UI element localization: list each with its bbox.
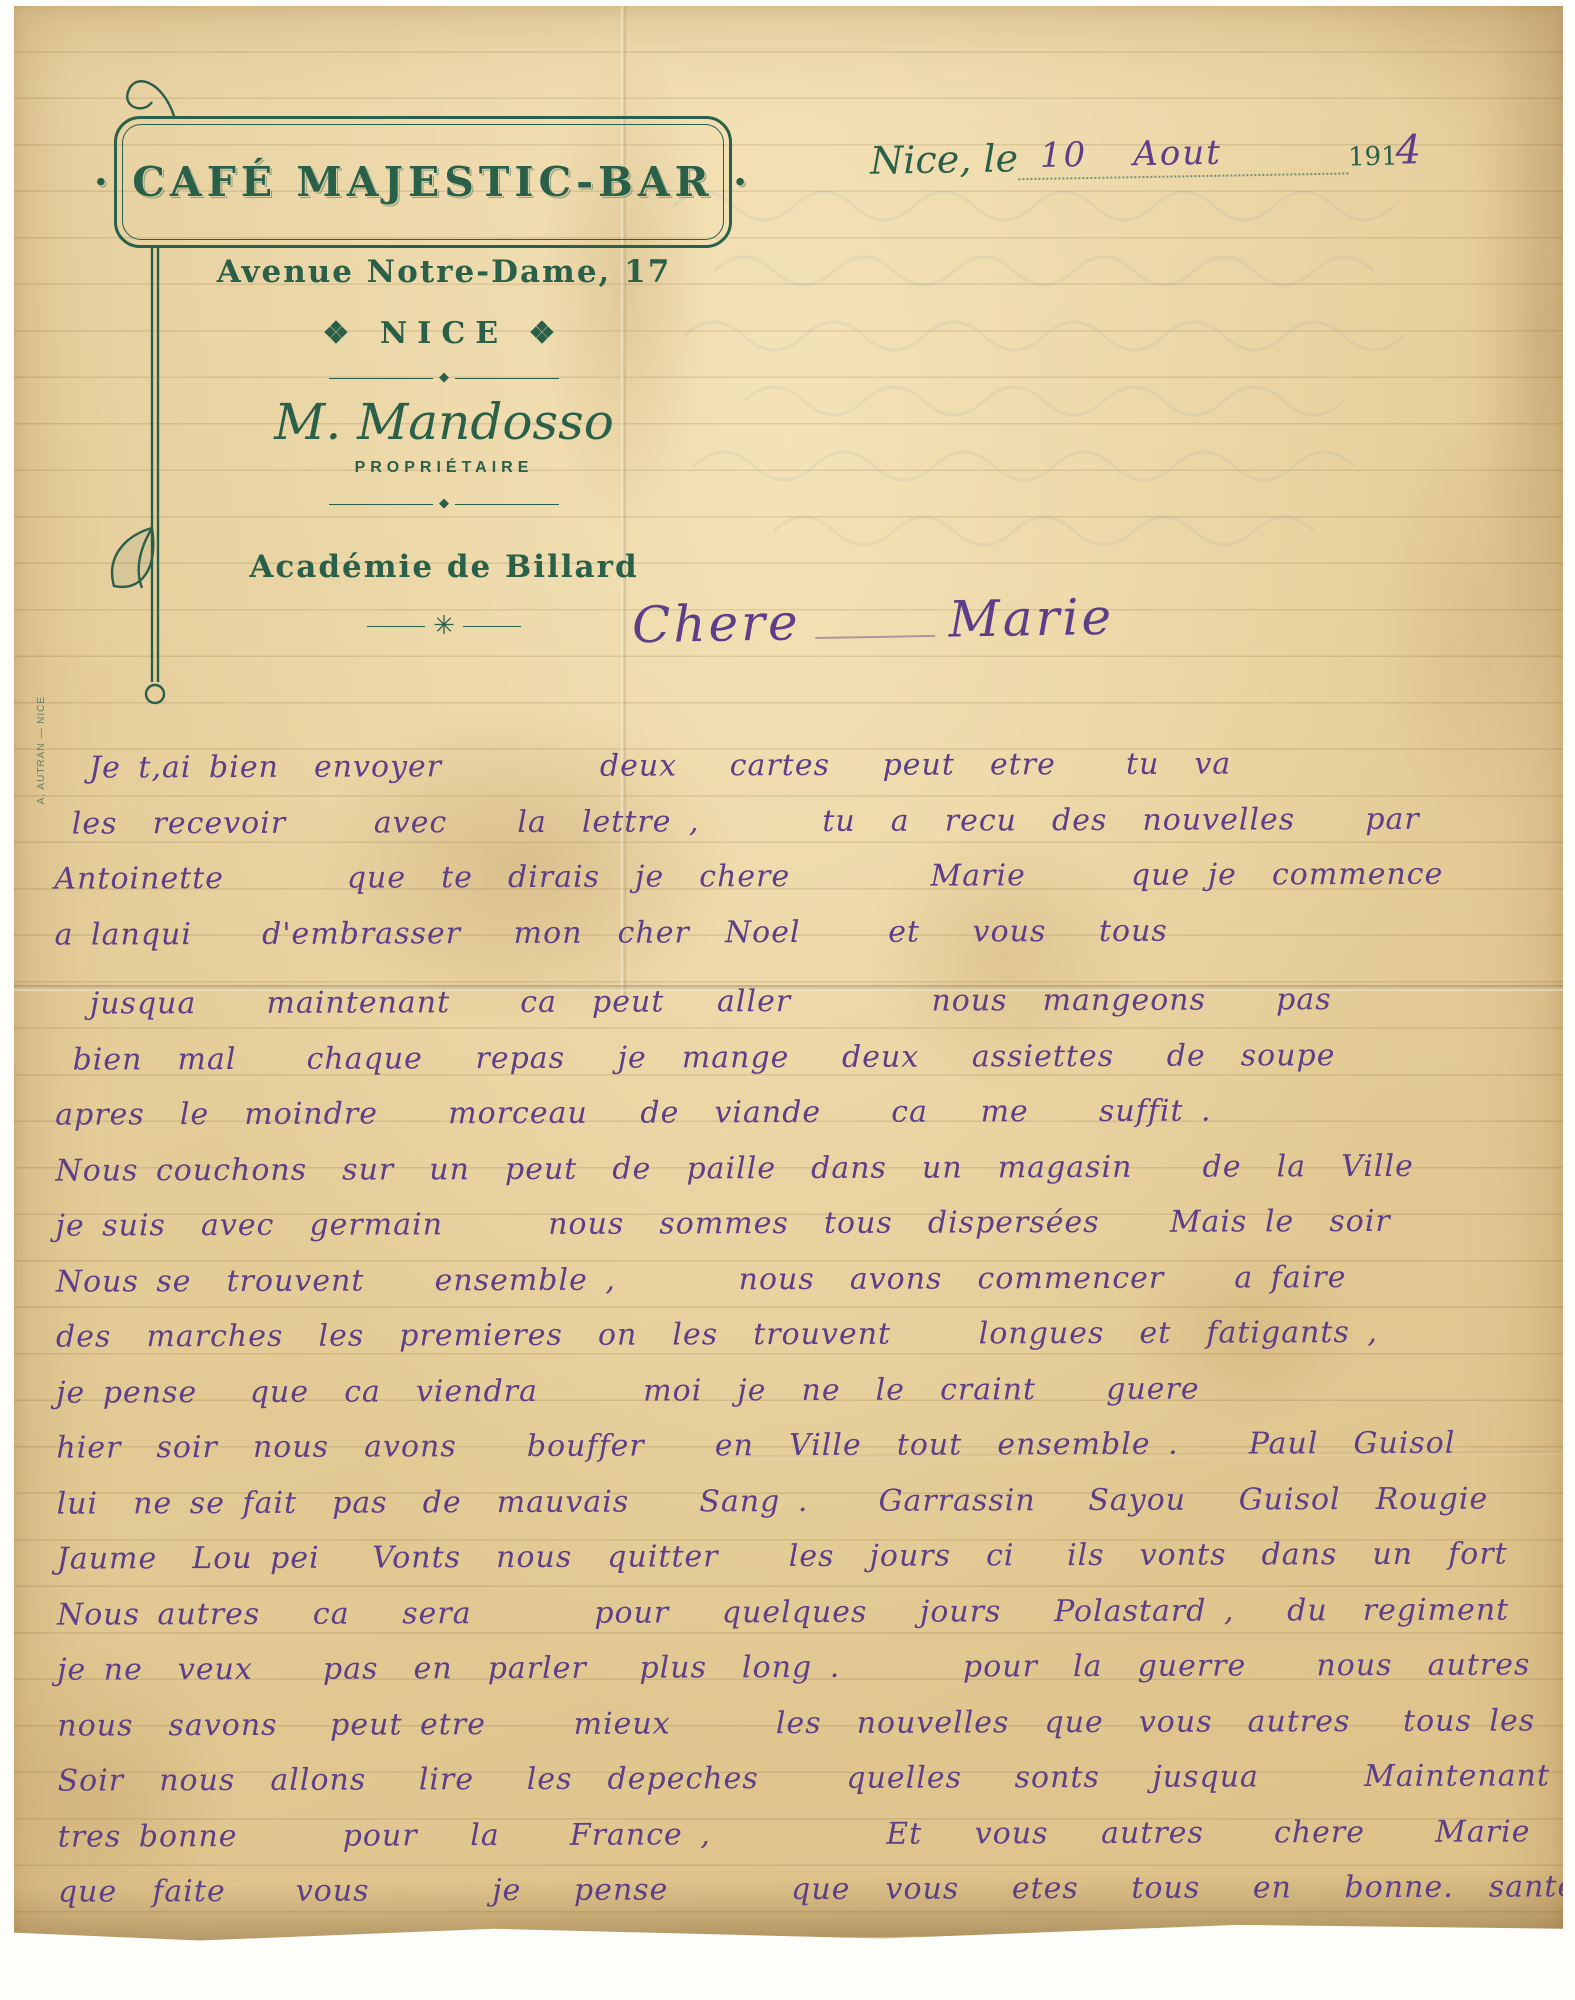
printer-mark: A. AUTRAN — NICE: [36, 696, 47, 804]
proprietor-name: M. Mandosso: [164, 393, 724, 451]
salutation: Chere Marie: [632, 588, 1115, 654]
salutation-flourish: [814, 597, 935, 639]
dateline-fill: 10Aout: [1018, 130, 1349, 180]
letter-body: Je t,ai bien envoyer deux cartes peut et…: [54, 745, 1558, 1930]
ornamental-divider: [329, 499, 559, 509]
letter-line: apres le moindre morceau de viande ca me…: [55, 1092, 1555, 1153]
letter-line: a lanqui d'embrasser mon cher Noel et vo…: [55, 912, 1555, 973]
letter-line: tres bonne pour la France , Et vous autr…: [58, 1814, 1558, 1875]
letter-line: hier soir nous avons bouffer en Ville to…: [56, 1425, 1556, 1486]
salutation-second-word: Marie: [948, 588, 1114, 649]
letterhead-city: ❖ NICE ❖: [164, 316, 724, 351]
letter-line: jusqua maintenant ca peut aller nous man…: [55, 981, 1555, 1042]
letter-paper: · CAFÉ MAJESTIC-BAR · Avenue Notre-Dame,…: [14, 6, 1563, 1962]
letter-line: bien mal chaque repas je mange deux assi…: [55, 1037, 1555, 1098]
dateline-handwritten-month: Aout: [1133, 133, 1222, 175]
star-ornament-icon: [425, 611, 463, 641]
dateline-handwritten-year-digit: 4: [1395, 127, 1421, 173]
letterhead-academy: Académie de Billard: [164, 549, 724, 585]
letter-line: nous savons peut etre mieux les nouvelle…: [57, 1703, 1557, 1764]
diamond-ornament-icon: [433, 373, 455, 383]
salutation-first-word: Chere: [632, 593, 802, 654]
letterhead-column: Avenue Notre-Dame, 17 ❖ NICE ❖ M. Mandos…: [164, 254, 724, 641]
letter-line: les recevoir avec la lettre , tu a recu …: [54, 801, 1554, 862]
letter-line: Je t,ai bien envoyer deux cartes peut et…: [54, 745, 1554, 806]
letter-line: que faite vous je pense que vous etes to…: [58, 1869, 1558, 1930]
letter-line: Antoinette que te dirais je chere Marie …: [54, 856, 1554, 917]
proprietor-title: PROPRIÉTAIRE: [164, 459, 724, 477]
letter-line: Nous autres ca sera pour quelques jours …: [57, 1592, 1557, 1653]
dateline-printed-city: Nice, le: [870, 136, 1019, 183]
dateline-printed-year: 191: [1348, 142, 1398, 175]
diamond-ornament-icon: [433, 499, 455, 509]
letterhead-address: Avenue Notre-Dame, 17: [164, 254, 724, 290]
letter-line: Jaume Lou pei Vonts nous quitter les jou…: [57, 1536, 1557, 1597]
dateline: Nice, le 10Aout 191 4: [870, 127, 1422, 183]
dateline-handwritten-day: 10: [1040, 135, 1088, 176]
letter-line: lui ne se fait pas de mauvais Sang . Gar…: [57, 1481, 1557, 1542]
scanned-letter-page: · CAFÉ MAJESTIC-BAR · Avenue Notre-Dame,…: [0, 0, 1575, 2000]
letter-line: je ne veux pas en parler plus long . pou…: [57, 1647, 1557, 1708]
letter-line: Nous se trouvent ensemble , nous avons c…: [56, 1259, 1556, 1320]
ornamental-divider: [329, 373, 559, 383]
letter-line: je pense que ca viendra moi je ne le cra…: [56, 1370, 1556, 1431]
letter-line: des marches les premieres on les trouven…: [56, 1314, 1556, 1375]
letter-line: Soir nous allons lire les depeches quell…: [57, 1758, 1557, 1819]
letter-line: je suis avec germain nous sommes tous di…: [56, 1203, 1556, 1264]
letter-line: Nous couchons sur un peut de paille dans…: [55, 1148, 1555, 1209]
